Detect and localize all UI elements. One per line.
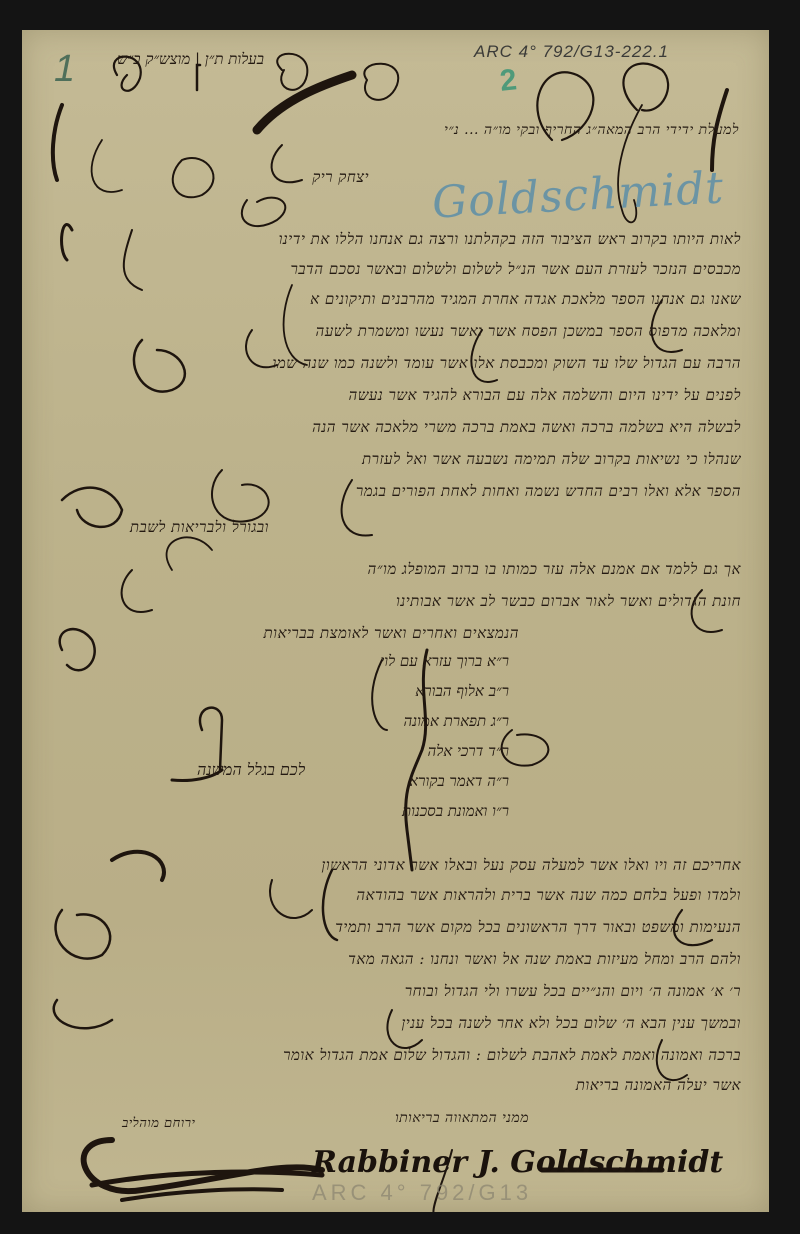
body-line: ולהם הרב ומחל מעיזות באמת שנה אל ואשר ונ… bbox=[348, 950, 741, 969]
list-text: תפארת אמונה bbox=[403, 712, 486, 730]
folio-number: 1 bbox=[54, 48, 75, 91]
body-line: ברכה ואמונה ואמת לאמת לאהבת לשלום : והגד… bbox=[283, 1046, 741, 1065]
body-line: לפנים על ידינו היום והשלמה אלה עם הבורא … bbox=[348, 386, 741, 405]
blue-pencil-name: Goldschmidt bbox=[431, 162, 725, 228]
body-line: חונת הגדולים ואשר לאור אברום כבשר לב אשר… bbox=[396, 592, 741, 611]
body-line: הספר אלא ואלו רבים החדש נשמה ואחות לאחת … bbox=[356, 482, 741, 501]
list-item: ר״ד דרכי אלה bbox=[427, 742, 509, 761]
salutation-line-1: למעלת ידידי הרב המאה״ג החריף ובקי מו״ה .… bbox=[444, 122, 739, 139]
green-crayon-number: 2 bbox=[498, 63, 518, 99]
body-line: ובמשך ענין הבא ה׳ שלום בכל ולא אחר לשנה … bbox=[401, 1014, 741, 1033]
header-date-line: בעלות ת״ן | מוצש״ק ב״ש bbox=[117, 50, 264, 69]
list-item: ר״א ברוך עזרא עם לוי bbox=[380, 652, 509, 671]
body-line: אך גם ללמד אם אמנם אלה עזר כמותו בו ברוב… bbox=[368, 560, 741, 579]
list-marker: ר״ג bbox=[491, 712, 509, 730]
letter-page: 1 ARC 4° 792/G13-222.1 2 Goldschmidt בעל… bbox=[22, 30, 769, 1212]
body-line: לאות היותו בקרוב ראש הציבור הזה בקהלתנו … bbox=[279, 230, 741, 249]
latin-signature: Rabbiner J. Goldschmidt bbox=[312, 1145, 723, 1180]
list-text: אלוף הבורא bbox=[415, 682, 484, 700]
body-line: ומלאכה מדפוס הספר במשכן הפסח אשר ואשר נע… bbox=[316, 322, 741, 341]
list-marker: ר״ב bbox=[489, 682, 509, 700]
list-marker: ר״ו bbox=[492, 802, 509, 820]
body-line: אחריכם זה ויו ואלו אשר למעלה עסק נעל ובא… bbox=[322, 856, 741, 875]
list-item: ר״ה דאמר בקורא bbox=[409, 772, 509, 791]
salutation-line-2: יצחק ריק bbox=[312, 168, 369, 187]
body-line: ולמדו ופעל בלחם כמה שנה אשר ברית ולהראות… bbox=[356, 886, 741, 905]
list-marker: ר״א bbox=[487, 652, 509, 670]
archive-reference: ARC 4° 792/G13-222.1 bbox=[474, 42, 669, 62]
body-line: הרבה עם הגדול שלו עד השוק ומכבסת אלו אשר… bbox=[273, 354, 741, 373]
signature-flourish-label: ירוחם מוהליב bbox=[122, 1115, 195, 1131]
list-text: דאמר בקורא bbox=[409, 772, 482, 790]
signature-hebrew-line: ממני המתאווה בריאותו bbox=[395, 1110, 529, 1127]
body-line: לבשלה היא בשלמה ברכה ואשה באמת ברכה משרי… bbox=[312, 418, 741, 437]
list-item: ר״ג תפארת אמונה bbox=[403, 712, 509, 731]
body-line: ר׳ א׳ אמונה ה׳ ויום והנ״יים בכל עשרו ולי… bbox=[405, 982, 741, 1001]
scan-frame: 1 ARC 4° 792/G13-222.1 2 Goldschmidt בעל… bbox=[0, 0, 800, 1234]
body-line: הנמצאים ואחרים ואשר לאומצת בבריאות bbox=[264, 624, 520, 643]
list-item: ר״ו ואמונת בסכנות bbox=[402, 802, 509, 821]
list-item: ר״ב אלוף הבורא bbox=[415, 682, 509, 701]
list-marker: ר״ד bbox=[488, 742, 509, 760]
list-text: ברוך עזרא עם לוי bbox=[380, 652, 482, 670]
body-line: ובגורל ולבריאות לשבת bbox=[130, 518, 269, 537]
body-line: מכבסים הנזכר לעזרת העם אשר הנ״ל לשלום ול… bbox=[290, 260, 741, 279]
body-line: שאנו גם אנחנו הספר מלאכת אגדה אחרת המגיד… bbox=[310, 290, 741, 309]
list-text: ואמונת בסכנות bbox=[402, 802, 487, 820]
archive-stamp: ARC 4° 792/G13 bbox=[312, 1180, 532, 1206]
closing-note: לכם בגלל המשנה bbox=[197, 760, 305, 780]
list-marker: ר״ה bbox=[487, 772, 509, 790]
body-line: שנהלו כי נשיאות בקרוב שלה תמימה נשבעה אש… bbox=[362, 450, 741, 469]
body-line: אשר יעלה האמונה בריאות bbox=[576, 1076, 741, 1095]
body-line: הנעימות ומשפט ובאור דרך הראשונים בכל מקו… bbox=[335, 918, 741, 937]
list-text: דרכי אלה bbox=[427, 742, 483, 760]
